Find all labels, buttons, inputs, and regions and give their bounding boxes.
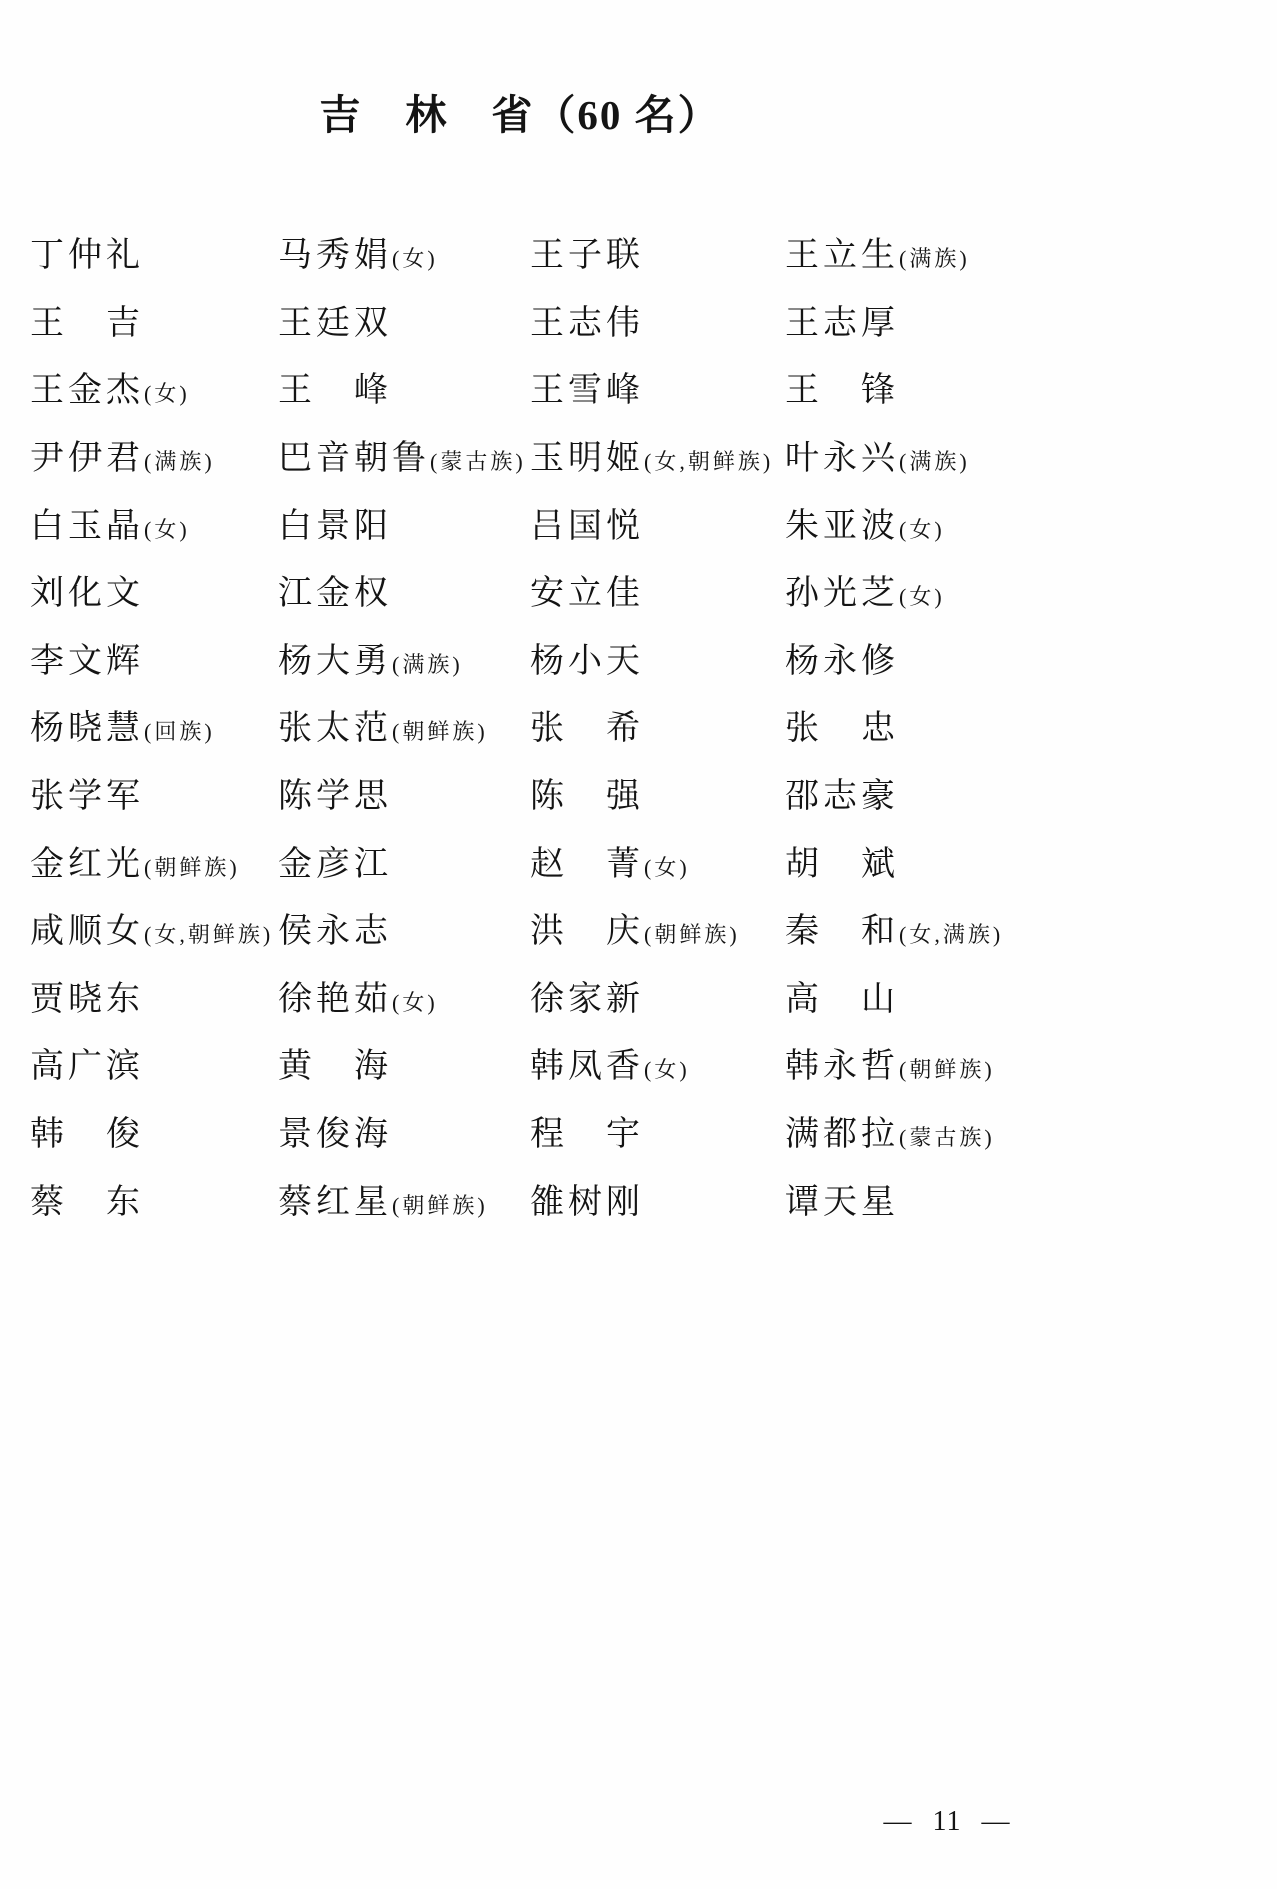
gender-ethnic-note: (蒙古族) bbox=[430, 449, 526, 474]
person-name: 白景阳 bbox=[278, 508, 392, 545]
person-name: 巴音朝鲁 bbox=[278, 440, 430, 477]
name-cell: 杨大勇(满族) bbox=[278, 633, 530, 682]
person-name: 韩凤香 bbox=[530, 1048, 644, 1085]
person-name: 王志厚 bbox=[785, 305, 899, 342]
person-name: 王金杰 bbox=[30, 372, 144, 409]
name-cell: 赵 菁(女) bbox=[530, 836, 785, 885]
name-cell: 洪 庆(朝鲜族) bbox=[530, 903, 785, 952]
name-cell: 蔡 东 bbox=[30, 1174, 278, 1223]
gender-ethnic-note: (回族) bbox=[144, 719, 215, 744]
name-cell: 黄 海 bbox=[278, 1038, 530, 1087]
name-cell: 韩永哲(朝鲜族) bbox=[785, 1038, 1040, 1087]
gender-ethnic-note: (女,朝鲜族) bbox=[144, 922, 273, 947]
name-cell: 王 锋 bbox=[785, 362, 1040, 411]
person-name: 贾晓东 bbox=[30, 981, 144, 1018]
name-cell: 安立佳 bbox=[530, 565, 785, 614]
gender-ethnic-note: (朝鲜族) bbox=[644, 922, 740, 947]
name-cell: 景俊海 bbox=[278, 1106, 530, 1155]
name-cell: 贾晓东 bbox=[30, 971, 278, 1020]
person-name: 杨晓慧 bbox=[30, 710, 144, 747]
person-name: 侯永志 bbox=[278, 913, 392, 950]
person-name: 景俊海 bbox=[278, 1116, 392, 1153]
person-name: 王廷双 bbox=[278, 305, 392, 342]
name-cell: 王子联 bbox=[530, 227, 785, 276]
person-name: 玉明姬 bbox=[530, 440, 644, 477]
person-name: 王 峰 bbox=[278, 372, 392, 409]
name-cell: 徐艳茹(女) bbox=[278, 971, 530, 1020]
document-page: 吉 林 省（60 名） 丁仲礼马秀娟(女)王子联王立生(满族)王 吉王廷双王志伟… bbox=[0, 0, 1277, 1889]
name-cell: 吕国悦 bbox=[530, 498, 785, 547]
name-cell: 杨晓慧(回族) bbox=[30, 700, 278, 749]
gender-ethnic-note: (女) bbox=[144, 381, 190, 406]
person-name: 刘化文 bbox=[30, 575, 144, 612]
name-cell: 杨小天 bbox=[530, 633, 785, 682]
name-cell: 李文辉 bbox=[30, 633, 278, 682]
person-name: 陈 强 bbox=[530, 778, 644, 815]
gender-ethnic-note: (满族) bbox=[899, 449, 970, 474]
person-name: 韩永哲 bbox=[785, 1048, 899, 1085]
name-cell: 邵志豪 bbox=[785, 768, 1040, 817]
name-cell: 蔡红星(朝鲜族) bbox=[278, 1174, 530, 1223]
name-cell: 陈 强 bbox=[530, 768, 785, 817]
gender-ethnic-note: (朝鲜族) bbox=[392, 1193, 488, 1218]
name-cell: 孙光芝(女) bbox=[785, 565, 1040, 614]
person-name: 王子联 bbox=[530, 237, 644, 274]
name-cell: 白景阳 bbox=[278, 498, 530, 547]
name-cell: 王 吉 bbox=[30, 295, 278, 344]
name-cell: 马秀娟(女) bbox=[278, 227, 530, 276]
person-name: 杨永修 bbox=[785, 643, 899, 680]
gender-ethnic-note: (女) bbox=[899, 584, 945, 609]
name-cell: 胡 斌 bbox=[785, 836, 1040, 885]
name-cell: 高 山 bbox=[785, 971, 1040, 1020]
person-name: 满都拉 bbox=[785, 1116, 899, 1153]
person-name: 洪 庆 bbox=[530, 913, 644, 950]
person-name: 杨大勇 bbox=[278, 643, 392, 680]
person-name: 马秀娟 bbox=[278, 237, 392, 274]
gender-ethnic-note: (满族) bbox=[392, 652, 463, 677]
person-name: 谭天星 bbox=[785, 1184, 899, 1221]
name-cell: 陈学思 bbox=[278, 768, 530, 817]
name-cell: 满都拉(蒙古族) bbox=[785, 1106, 1040, 1155]
gender-ethnic-note: (女,朝鲜族) bbox=[644, 449, 773, 474]
name-cell: 王立生(满族) bbox=[785, 227, 1040, 276]
person-name: 丁仲礼 bbox=[30, 237, 144, 274]
gender-ethnic-note: (女) bbox=[144, 517, 190, 542]
person-name: 徐家新 bbox=[530, 981, 644, 1018]
person-name: 黄 海 bbox=[278, 1048, 392, 1085]
person-name: 金红光 bbox=[30, 846, 144, 883]
person-name: 韩 俊 bbox=[30, 1116, 144, 1153]
person-name: 叶永兴 bbox=[785, 440, 899, 477]
name-cell: 雒树刚 bbox=[530, 1174, 785, 1223]
name-cell: 张学军 bbox=[30, 768, 278, 817]
name-cell: 张太范(朝鲜族) bbox=[278, 700, 530, 749]
person-name: 王雪峰 bbox=[530, 372, 644, 409]
name-cell: 朱亚波(女) bbox=[785, 498, 1040, 547]
name-cell: 尹伊君(满族) bbox=[30, 430, 278, 479]
name-cell: 张 忠 bbox=[785, 700, 1040, 749]
gender-ethnic-note: (女) bbox=[644, 855, 690, 880]
name-cell: 侯永志 bbox=[278, 903, 530, 952]
name-cell: 韩凤香(女) bbox=[530, 1038, 785, 1087]
person-name: 秦 和 bbox=[785, 913, 899, 950]
person-name: 江金权 bbox=[278, 575, 392, 612]
name-cell: 王志厚 bbox=[785, 295, 1040, 344]
person-name: 程 宇 bbox=[530, 1116, 644, 1153]
name-cell: 程 宇 bbox=[530, 1106, 785, 1155]
name-cell: 白玉晶(女) bbox=[30, 498, 278, 547]
person-name: 雒树刚 bbox=[530, 1184, 644, 1221]
person-name: 安立佳 bbox=[530, 575, 644, 612]
name-cell: 谭天星 bbox=[785, 1174, 1040, 1223]
name-cell: 叶永兴(满族) bbox=[785, 430, 1040, 479]
person-name: 陈学思 bbox=[278, 778, 392, 815]
name-cell: 王 峰 bbox=[278, 362, 530, 411]
person-name: 李文辉 bbox=[30, 643, 144, 680]
gender-ethnic-note: (女) bbox=[899, 517, 945, 542]
name-cell: 玉明姬(女,朝鲜族) bbox=[530, 430, 785, 479]
person-name: 张学军 bbox=[30, 778, 144, 815]
name-cell: 韩 俊 bbox=[30, 1106, 278, 1155]
person-name: 王立生 bbox=[785, 237, 899, 274]
gender-ethnic-note: (女) bbox=[392, 990, 438, 1015]
gender-ethnic-note: (满族) bbox=[144, 449, 215, 474]
person-name: 孙光芝 bbox=[785, 575, 899, 612]
name-cell: 高广滨 bbox=[30, 1038, 278, 1087]
name-cell: 金彦江 bbox=[278, 836, 530, 885]
person-name: 金彦江 bbox=[278, 846, 392, 883]
name-cell: 徐家新 bbox=[530, 971, 785, 1020]
name-cell: 江金权 bbox=[278, 565, 530, 614]
page-title: 吉 林 省（60 名） bbox=[0, 82, 1040, 141]
person-name: 王志伟 bbox=[530, 305, 644, 342]
name-cell: 张 希 bbox=[530, 700, 785, 749]
name-grid: 丁仲礼马秀娟(女)王子联王立生(满族)王 吉王廷双王志伟王志厚王金杰(女)王 峰… bbox=[30, 218, 1040, 1232]
person-name: 胡 斌 bbox=[785, 846, 899, 883]
gender-ethnic-note: (朝鲜族) bbox=[144, 855, 240, 880]
gender-ethnic-note: (朝鲜族) bbox=[899, 1057, 995, 1082]
name-cell: 王廷双 bbox=[278, 295, 530, 344]
page-number: — 11 — bbox=[872, 1806, 1022, 1838]
name-cell: 刘化文 bbox=[30, 565, 278, 614]
person-name: 蔡 东 bbox=[30, 1184, 144, 1221]
person-name: 高 山 bbox=[785, 981, 899, 1018]
person-name: 赵 菁 bbox=[530, 846, 644, 883]
person-name: 王 吉 bbox=[30, 305, 144, 342]
name-cell: 巴音朝鲁(蒙古族) bbox=[278, 430, 530, 479]
name-cell: 杨永修 bbox=[785, 633, 1040, 682]
name-cell: 王志伟 bbox=[530, 295, 785, 344]
person-name: 邵志豪 bbox=[785, 778, 899, 815]
name-cell: 咸顺女(女,朝鲜族) bbox=[30, 903, 278, 952]
gender-ethnic-note: (朝鲜族) bbox=[392, 719, 488, 744]
person-name: 白玉晶 bbox=[30, 508, 144, 545]
person-name: 吕国悦 bbox=[530, 508, 644, 545]
name-cell: 秦 和(女,满族) bbox=[785, 903, 1040, 952]
person-name: 张 忠 bbox=[785, 710, 899, 747]
person-name: 王 锋 bbox=[785, 372, 899, 409]
name-cell: 金红光(朝鲜族) bbox=[30, 836, 278, 885]
person-name: 张太范 bbox=[278, 710, 392, 747]
gender-ethnic-note: (满族) bbox=[899, 246, 970, 271]
gender-ethnic-note: (女) bbox=[392, 246, 438, 271]
person-name: 张 希 bbox=[530, 710, 644, 747]
gender-ethnic-note: (女,满族) bbox=[899, 922, 1003, 947]
person-name: 杨小天 bbox=[530, 643, 644, 680]
person-name: 徐艳茹 bbox=[278, 981, 392, 1018]
name-cell: 王雪峰 bbox=[530, 362, 785, 411]
person-name: 咸顺女 bbox=[30, 913, 144, 950]
person-name: 朱亚波 bbox=[785, 508, 899, 545]
gender-ethnic-note: (蒙古族) bbox=[899, 1125, 995, 1150]
person-name: 尹伊君 bbox=[30, 440, 144, 477]
person-name: 高广滨 bbox=[30, 1048, 144, 1085]
person-name: 蔡红星 bbox=[278, 1184, 392, 1221]
gender-ethnic-note: (女) bbox=[644, 1057, 690, 1082]
name-cell: 王金杰(女) bbox=[30, 362, 278, 411]
name-cell: 丁仲礼 bbox=[30, 227, 278, 276]
